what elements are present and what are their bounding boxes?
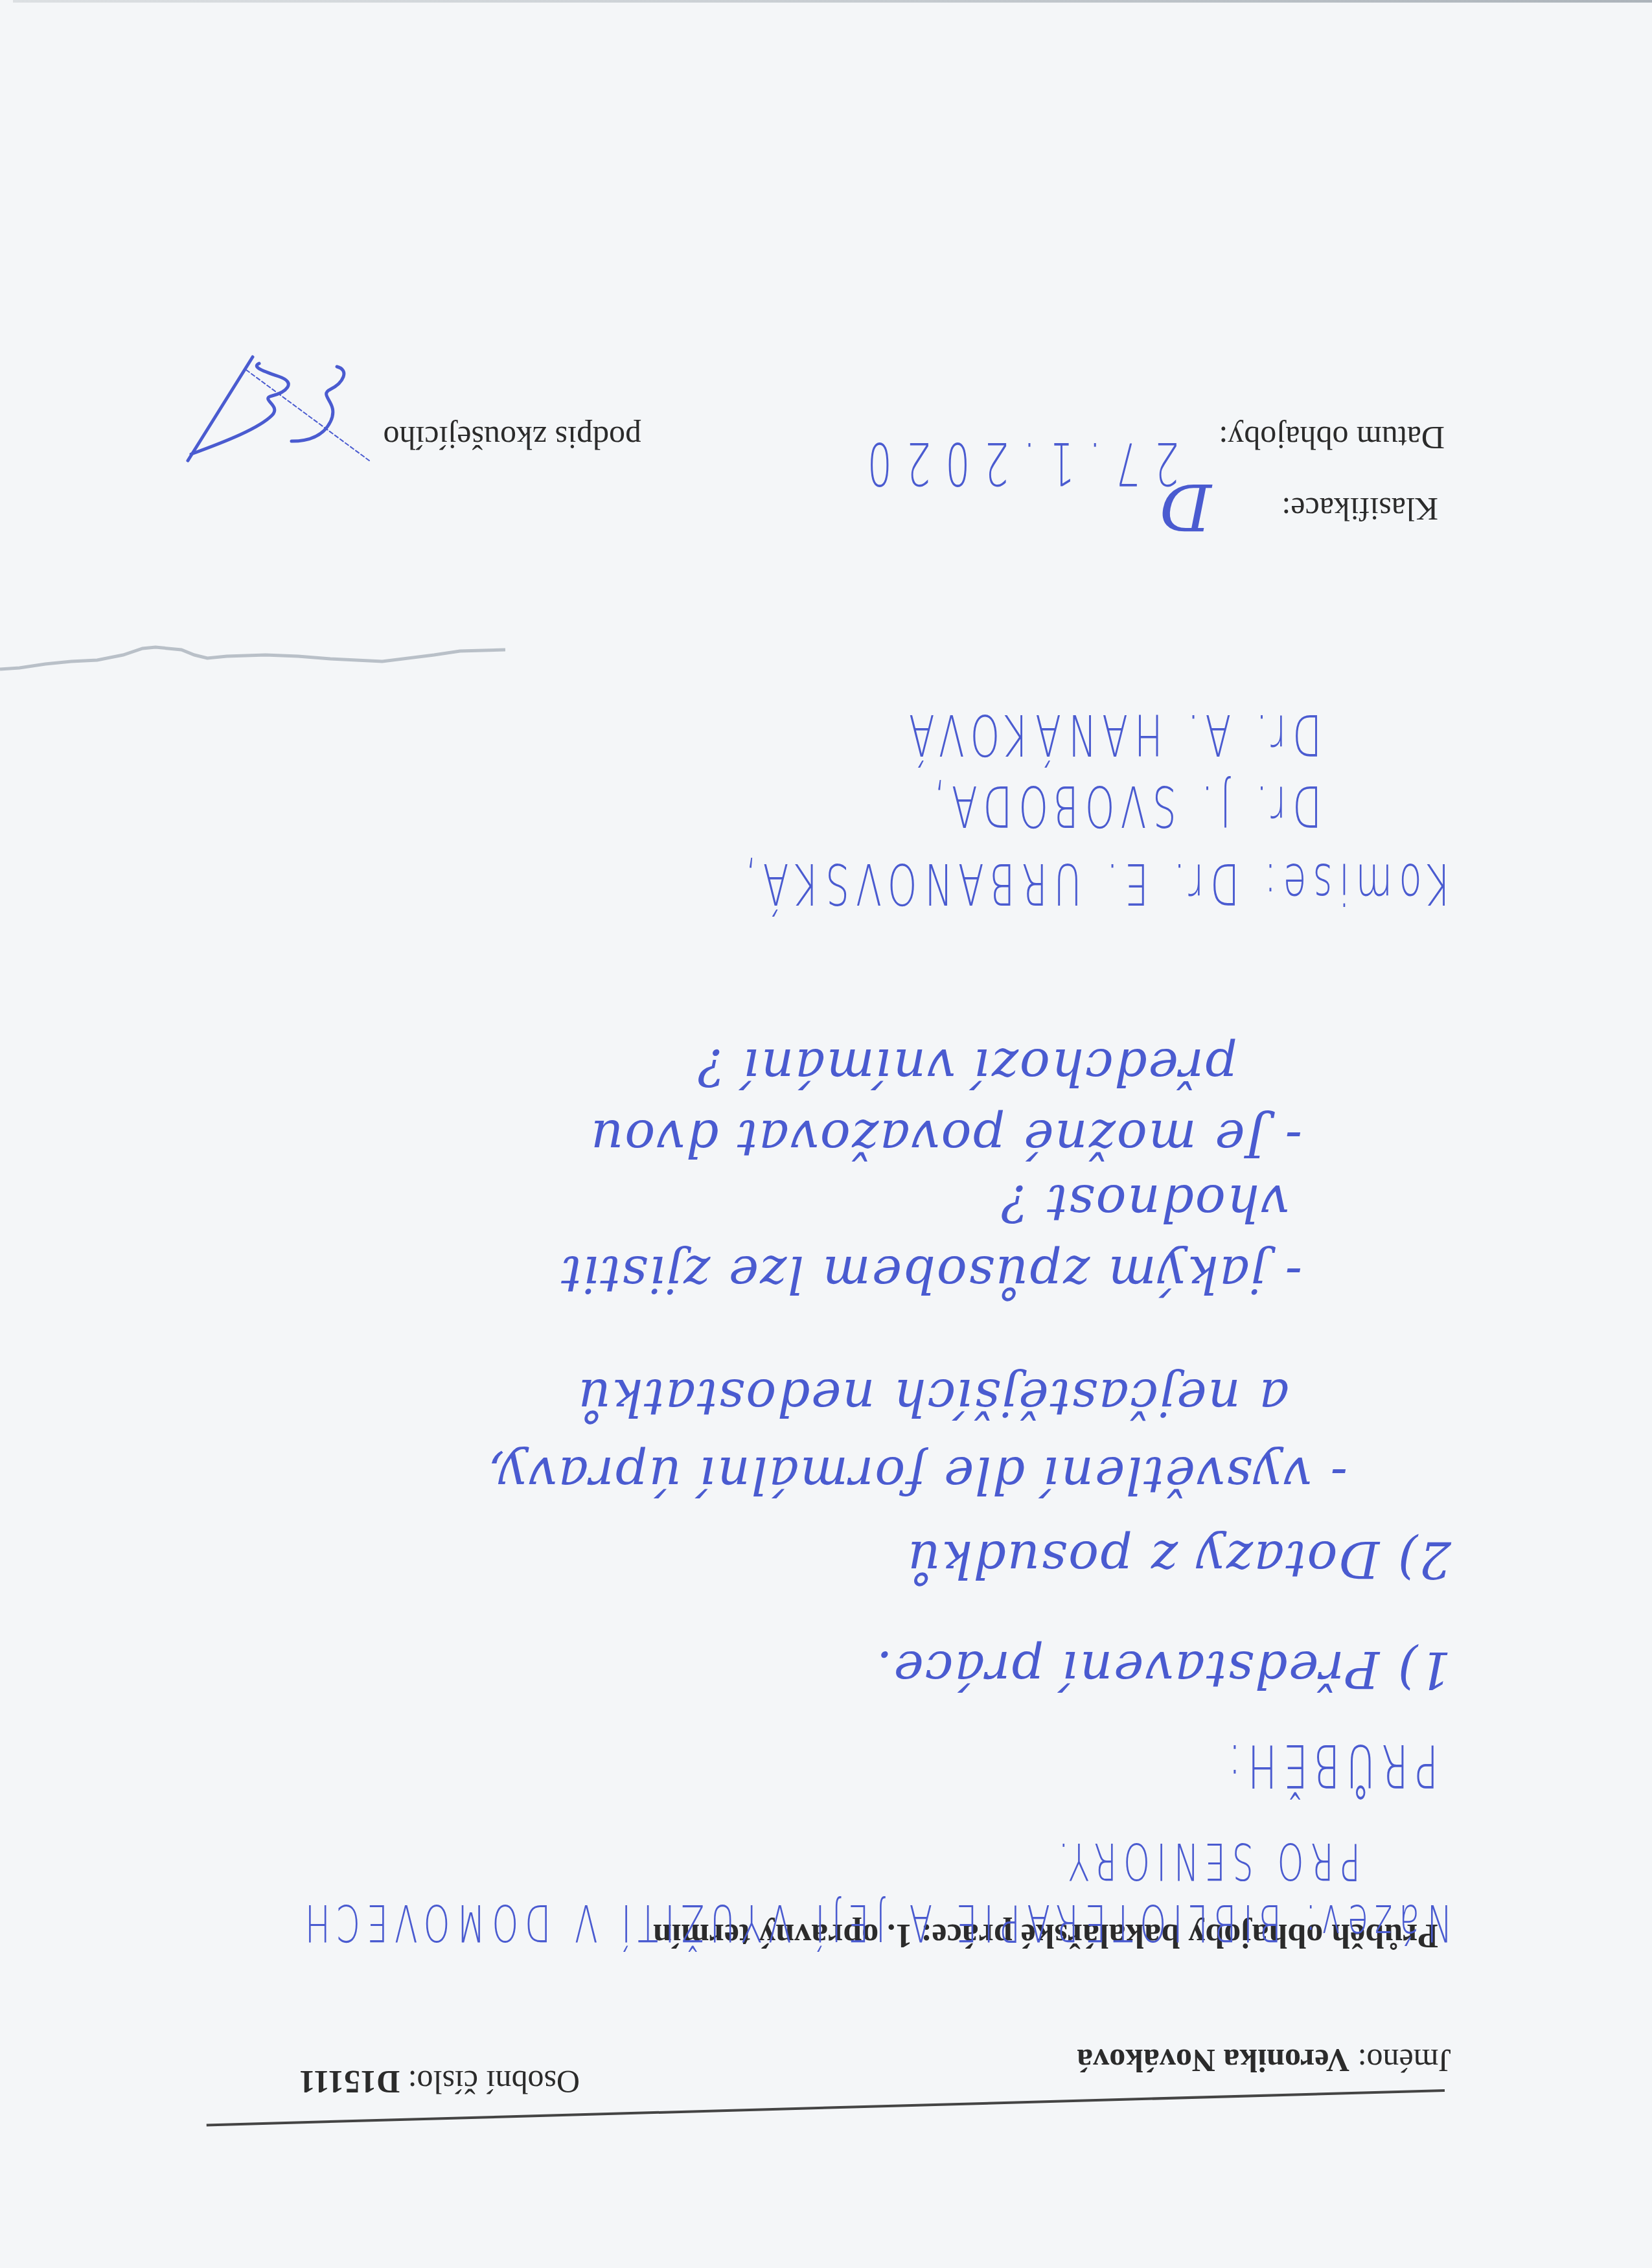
item-text: Představení práce. — [875, 1640, 1379, 1698]
course-item-2: 2) Dotazy z posudků — [906, 1529, 1451, 1588]
bullet-1-line1: - vysvětlení dle formální úpravy, — [487, 1445, 1348, 1504]
examiner-signature — [175, 344, 382, 493]
committee-line-2: Dr. J. SVOBODA, — [926, 773, 1322, 839]
course-item-1: 1) Představení práce. — [875, 1640, 1451, 1698]
bullet-3-line1: - Je možné považovat dvou — [590, 1108, 1302, 1167]
id-field: Osobní číslo: D15111 — [299, 2066, 580, 2098]
committee-line-1: Komise: Dr. E. URBANOVSKÁ, — [738, 851, 1451, 917]
bullet-1-line2: a nejčastějších nedostatků — [577, 1368, 1289, 1426]
thesis-title-text: BIBLIOTERAPIE A JEJÍ VYUŽITÍ V DOMOVECH — [299, 1892, 1281, 1951]
date-value: 27.1.2020 — [853, 428, 1179, 496]
thesis-label: Název: — [1299, 1892, 1452, 1951]
bullet-3-line2: předchozí vnímání ? — [696, 1037, 1237, 1095]
item-text: Dotazy z posudků — [906, 1529, 1379, 1588]
signature-label: podpis zkoušejícího — [383, 422, 641, 454]
thesis-title-line2: PRO SENIORY. — [1051, 1831, 1360, 1889]
bullet-2-line2: vhodnost ? — [1000, 1173, 1289, 1231]
document-page: Jméno: Veronika Nováková Osobní číslo: D… — [0, 0, 1652, 2268]
item-number: 2) — [1397, 1529, 1451, 1588]
item-number: 1) — [1397, 1640, 1451, 1698]
id-label: Osobní číslo: — [408, 2064, 580, 2100]
committee-line-3: Dr. A. HANÁKOVÁ — [902, 702, 1322, 768]
bullet-3-text: - Je možné považovat dvou — [590, 1108, 1302, 1167]
id-value: D15111 — [299, 2064, 400, 2100]
thesis-title-line1: Název: BIBLIOTERAPIE A JEJÍ VYUŽITÍ V DO… — [299, 1892, 1451, 1951]
classification-label: Klasifikace: — [1281, 493, 1438, 525]
name-value: Veronika Nováková — [1077, 2043, 1349, 2079]
torn-edge-mark — [0, 642, 505, 681]
name-field: Jméno: Veronika Nováková — [1077, 2045, 1451, 2077]
course-heading: PRŮBĚH: — [1222, 1730, 1438, 1798]
scan-edge — [13, 0, 1652, 3]
bullet-2-line1: - jakým způsobem lze zjistit — [560, 1244, 1302, 1303]
committee-label: Komise: — [1257, 851, 1451, 917]
committee-member: Dr. E. URBANOVSKÁ, — [738, 851, 1239, 917]
date-label: Datum obhajoby: — [1219, 422, 1445, 454]
name-label: Jméno: — [1358, 2043, 1451, 2079]
